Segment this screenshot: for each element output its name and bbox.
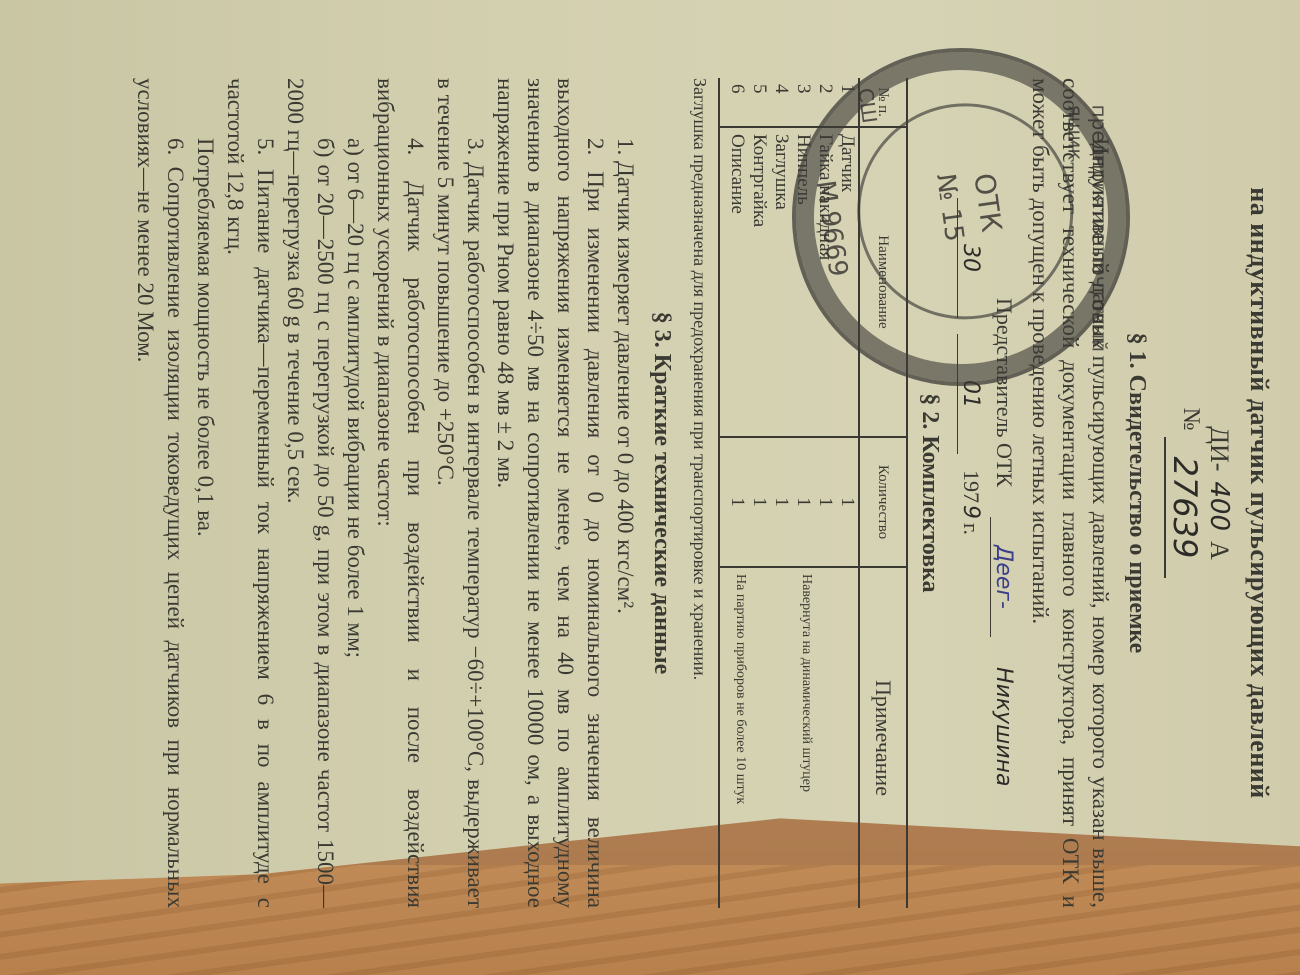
row-number: 2 <box>814 78 836 127</box>
row-name: Заглушка <box>770 127 792 437</box>
row-number: 5 <box>748 78 770 127</box>
section3-heading: § 3. Краткие технические данные <box>648 78 675 908</box>
year-handwritten: 9 <box>958 505 983 519</box>
table-footnote: Заглушка предназначена для предохранения… <box>689 78 712 908</box>
row-name: Гайка накидная <box>814 127 836 437</box>
section2-heading: § 2. Комплектовка <box>916 78 943 908</box>
spec-item-5-power: Потребляемая мощность не более 0,1 ва. <box>190 78 220 908</box>
table-row: 2 Гайка накидная 1 <box>814 78 836 908</box>
kit-table: № п. Наименование Количество Примечание … <box>718 78 908 908</box>
row-note <box>836 567 859 908</box>
row-number: 3 <box>792 78 814 127</box>
row-note <box>770 567 792 908</box>
row-qty: 1 <box>719 437 748 567</box>
row-qty: 1 <box>770 437 792 567</box>
row-note <box>814 567 836 908</box>
row-note: На партию приборов не более 10 штук <box>719 567 748 908</box>
row-name: Ниппель <box>792 127 814 437</box>
spec-item-5: 5. Питание датчика—переменный ток напряж… <box>220 78 280 908</box>
row-qty: 1 <box>748 437 770 567</box>
signature: Деег- <box>990 517 1016 637</box>
row-number: 4 <box>770 78 792 127</box>
spec-item-1: 1. Датчик измеряет давление от 0 до 400 … <box>610 78 640 908</box>
table-row: 6 Описание 1 На партию приборов не более… <box>719 78 748 908</box>
serial-prefix: № <box>1164 408 1204 431</box>
col-name: Наименование <box>859 127 907 437</box>
section1-heading: § 1. Свидетельство о приемке <box>1123 78 1150 908</box>
year-prefix: 197 <box>958 470 984 503</box>
document-page: на индуктивный датчик пульсирующих давле… <box>0 38 1300 938</box>
signer-name: Никушина <box>991 667 1016 786</box>
row-name: Контргайка <box>748 127 770 437</box>
table-row: 4 Заглушка 1 <box>770 78 792 908</box>
date-month: 01 <box>957 334 983 454</box>
spec-item-4b: б) от 20—2500 гц с перегрузкой до 50 g, … <box>280 78 340 908</box>
section1-text: Индуктивный датчик пульсирующих давлений… <box>1025 78 1115 908</box>
table-row: 1 Датчик 1 <box>836 78 859 908</box>
spec-item-4a: а) от 6—20 гц с амплитудой вибрации не б… <box>340 78 370 908</box>
col-note: Примечание <box>859 567 907 908</box>
table-row: 3 Ниппель 1 Навернута на динамический шт… <box>792 78 814 908</box>
table-row: 5 Контргайка 1 <box>748 78 770 908</box>
col-number: № п. <box>859 78 907 127</box>
col-qty: Количество <box>859 437 907 567</box>
spec-item-2: 2. При изменении давления от 0 до номина… <box>490 78 610 908</box>
row-qty: 1 <box>836 437 859 567</box>
row-number: 6 <box>719 78 748 127</box>
model-line: ДИ- 400 А <box>1204 78 1234 908</box>
spec-item-6: 6. Сопротивление изоляции токоведущих це… <box>130 78 190 908</box>
row-number: 1 <box>836 78 859 127</box>
model-suffix: А <box>1204 541 1234 560</box>
spec-item-4: 4. Датчик работоспособен при воздействии… <box>370 78 430 908</box>
row-note <box>748 567 770 908</box>
date-day: 30 <box>957 198 983 318</box>
row-note: Навернута на динамический штуцер <box>792 567 814 908</box>
model-number-handwritten: 400 <box>1204 481 1234 531</box>
spec-item-3: 3. Датчик работоспособен в интервале тем… <box>430 78 490 908</box>
row-name: Описание <box>719 127 748 437</box>
date-row: 30 01 1979г. <box>957 78 984 908</box>
serial-line: № 27639 <box>1164 78 1204 908</box>
signature-row: Представитель ОТК Деег- Никушина <box>990 78 1017 908</box>
row-qty: 1 <box>814 437 836 567</box>
document-title: на индуктивный датчик пульсирующих давле… <box>1244 78 1274 908</box>
serial-number-handwritten: 27639 <box>1164 437 1204 579</box>
model-prefix: ДИ- <box>1204 426 1234 471</box>
row-name: Датчик <box>836 127 859 437</box>
row-qty: 1 <box>792 437 814 567</box>
signer-label: Представитель ОТК <box>991 298 1017 487</box>
year-suffix: г. <box>958 523 984 535</box>
